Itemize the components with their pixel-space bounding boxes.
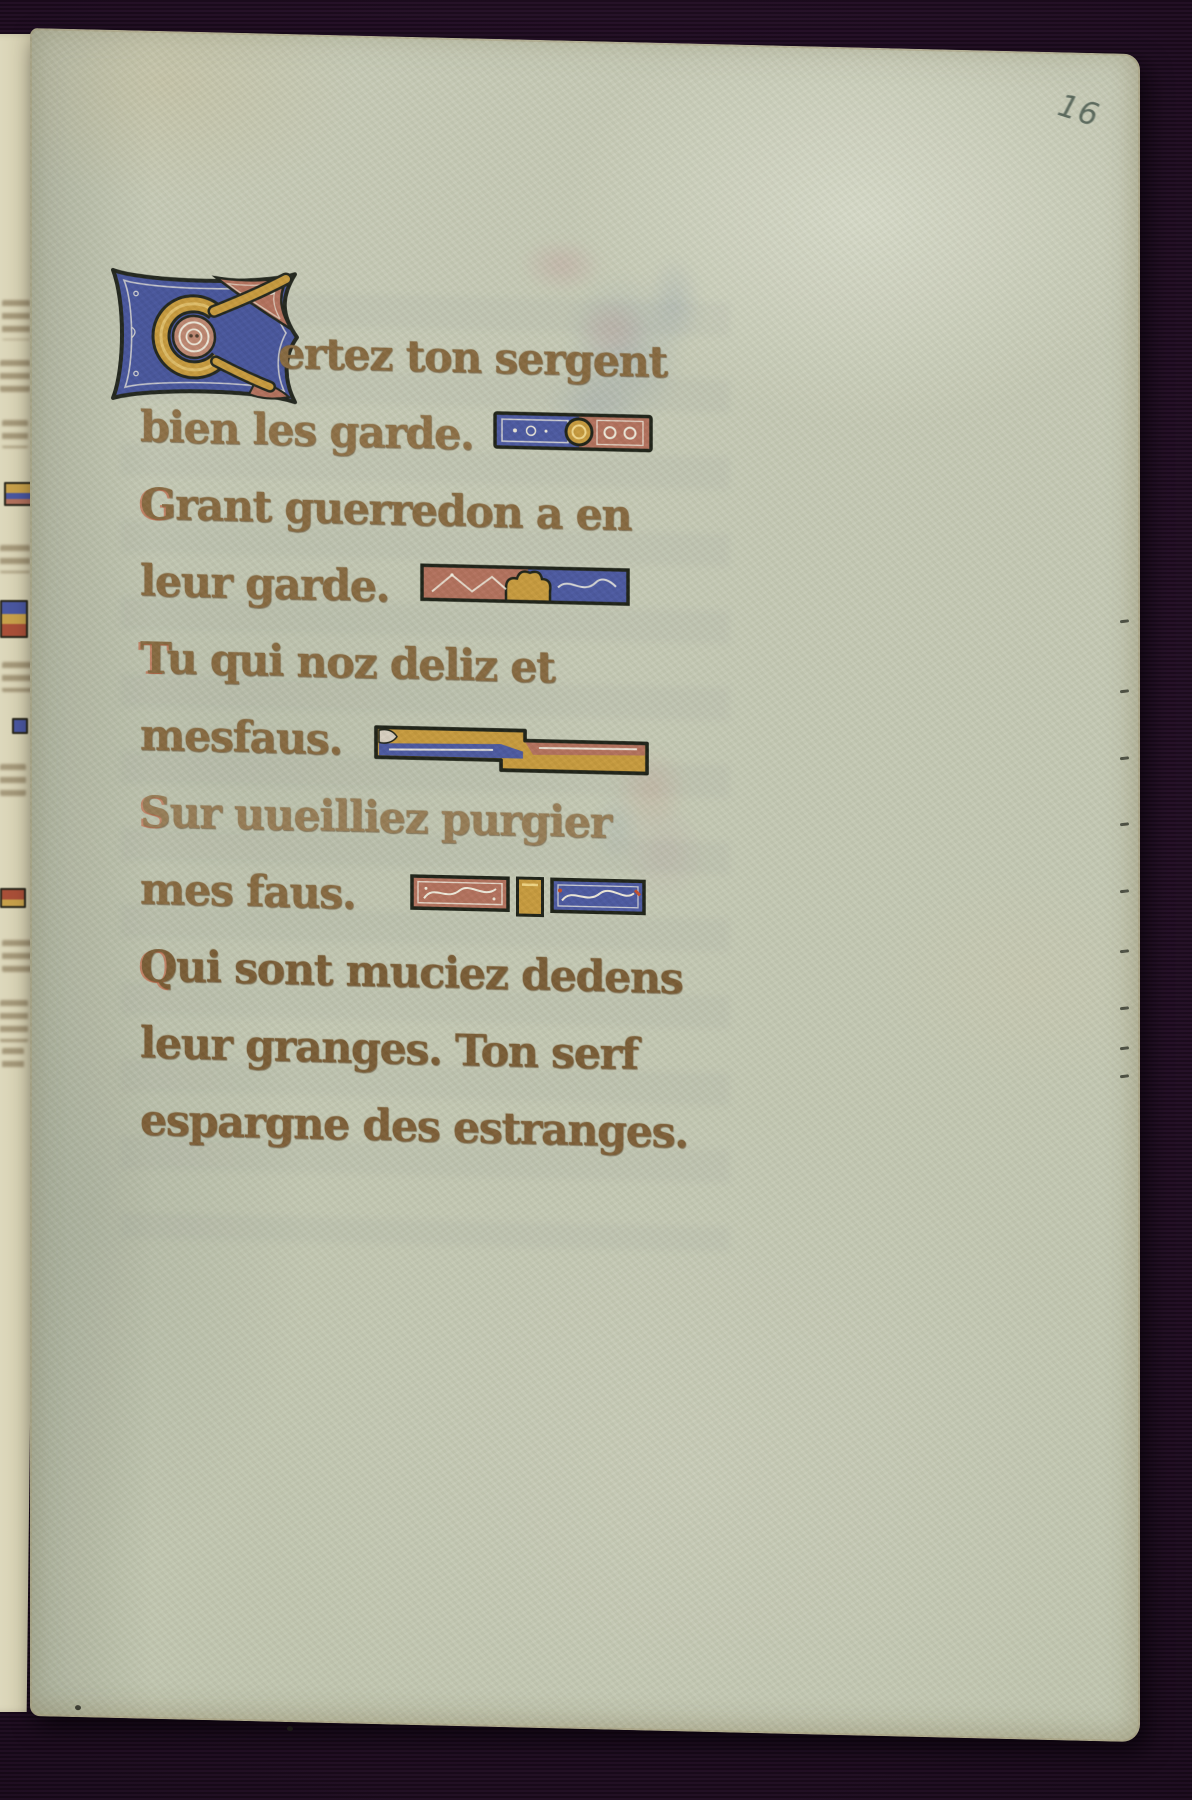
- line-filler-artwork: [420, 560, 630, 609]
- ink-speck: [287, 1726, 293, 1731]
- line-text: rant guerredon a en: [175, 480, 631, 541]
- showthrough-text-fragment: [2, 1048, 24, 1070]
- line-text: mesfaus.: [140, 711, 342, 766]
- line-text: bien les garde.: [140, 403, 473, 461]
- line-text: ui sont muciez dedens: [176, 942, 682, 1004]
- line-text: u qui noz deliz et: [167, 634, 555, 693]
- text-line: mesfaus.: [140, 705, 740, 796]
- folio-number: 16: [1054, 87, 1104, 134]
- line-filler-gold-square: [515, 875, 545, 918]
- line-filler-rose-scroll: [410, 873, 510, 913]
- facing-page-line-filler: [0, 600, 28, 638]
- versal-letter: S: [140, 788, 170, 839]
- line-text: ur uueilliez purgier: [170, 788, 611, 848]
- line-filler-diagonal: [373, 722, 650, 781]
- text-line: mes faus.: [140, 859, 740, 950]
- text-line: Grant guerredon a en: [140, 474, 740, 565]
- showthrough-text-fragment: [2, 420, 28, 448]
- manuscript-page: 16: [30, 28, 1140, 1742]
- facing-page-line-filler: [0, 888, 26, 908]
- text-line: bien les garde.: [140, 397, 740, 488]
- facing-page-line-filler: [12, 718, 28, 734]
- text-line: leur garde.: [140, 551, 740, 642]
- line-text: espargne des estranges.: [140, 1096, 688, 1159]
- manuscript-photo: { "folio": { "number": "16" }, "text_lin…: [0, 0, 1192, 1800]
- text-line: Qui sont muciez dedens: [140, 936, 740, 1027]
- pricking-mark: [1120, 756, 1129, 760]
- showthrough-text-fragment: [0, 1000, 28, 1042]
- line-text: mes faus.: [140, 865, 355, 920]
- pricking-mark: [1120, 949, 1129, 953]
- text-line: leur granges. Ton serf: [140, 1013, 740, 1104]
- line-filler-blue-rose: [493, 411, 653, 457]
- showthrough-text-fragment: [0, 764, 26, 796]
- pricking-mark: [1120, 1046, 1129, 1050]
- text-line: espargne des estranges.: [140, 1090, 740, 1181]
- line-filler-artwork: [373, 722, 650, 777]
- text-line: ertez ton sergent: [140, 320, 740, 411]
- pricking-mark: [1120, 1074, 1129, 1078]
- text-line: Sur uueilliez purgier: [140, 782, 740, 873]
- line-text: leur granges. Ton serf: [140, 1019, 638, 1081]
- pricking-mark: [1120, 619, 1129, 623]
- showthrough-text-fragment: [0, 360, 30, 392]
- pricking-mark: [1120, 689, 1129, 693]
- showthrough-text-fragment: [2, 300, 30, 340]
- line-text: leur garde.: [140, 557, 389, 613]
- text-line: Tu qui noz deliz et: [140, 628, 740, 719]
- line-filler-pair: [410, 873, 646, 921]
- line-filler-blue-scroll: [550, 876, 646, 916]
- showthrough-text-fragment: [0, 545, 30, 573]
- versal-letter: G: [140, 480, 175, 531]
- versal-letter: Q: [140, 942, 176, 993]
- ink-speck: [75, 1705, 81, 1710]
- pricking-mark: [1120, 1006, 1129, 1010]
- line-filler-artwork: [493, 411, 653, 453]
- showthrough-text-fragment: [2, 940, 32, 972]
- pricking-mark: [1120, 889, 1129, 893]
- versal-letter: T: [140, 634, 167, 685]
- line-filler-rose-blue: [420, 560, 630, 613]
- text-block: ertez ton sergent bien les garde.: [140, 320, 740, 1264]
- showthrough-text-fragment: [2, 662, 32, 692]
- pricking-mark: [1120, 822, 1129, 826]
- line-text: ertez ton sergent: [278, 329, 667, 388]
